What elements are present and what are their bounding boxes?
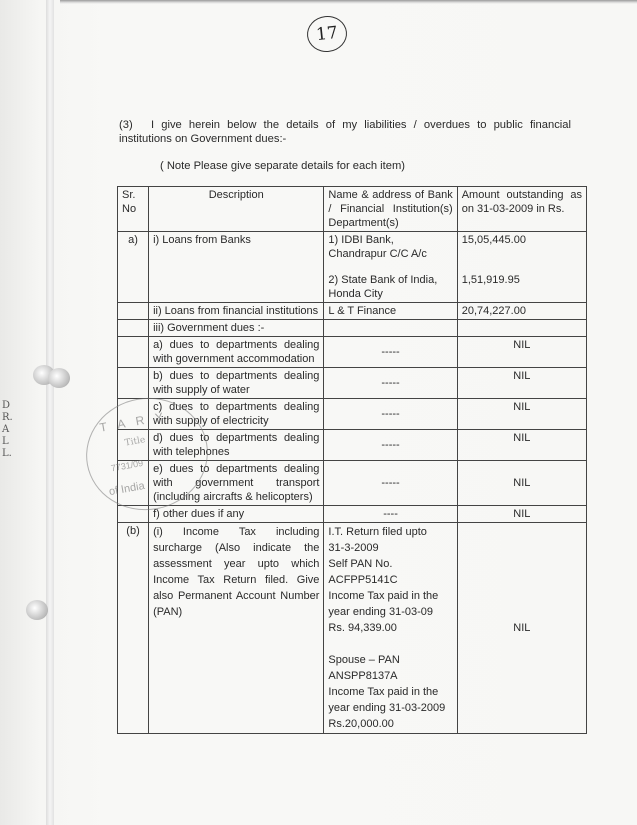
institution-cell: ----- (324, 337, 457, 368)
institution-cell: ----- (324, 368, 457, 399)
header-sr-no: Sr. No (118, 187, 149, 232)
institution-cell: 1) IDBI Bank, Chandrapur C/C A/c 2) Stat… (324, 232, 457, 303)
amount-cell: NIL (457, 523, 586, 734)
page-top-shadow (60, 0, 637, 4)
amount-cell: NIL (457, 461, 586, 506)
description-cell: ii) Loans from financial institutions (149, 303, 324, 320)
amount-cell: NIL (457, 506, 586, 523)
edge-stamp-fragment: DR.ALL. (2, 400, 24, 460)
punch-hole-icon (48, 368, 70, 388)
amount-cell: 20,74,227.00 (457, 303, 586, 320)
sr-cell: (b) (118, 523, 149, 734)
amount-cell: NIL (457, 430, 586, 461)
table-row: a) i) Loans from Banks 1) IDBI Bank, Cha… (118, 232, 587, 303)
table-row: b) dues to departments dealing with supp… (118, 368, 587, 399)
description-cell: a) dues to departments dealing with gove… (149, 337, 324, 368)
institution-cell: I.T. Return filed upto 31-3-2009 Self PA… (324, 523, 457, 734)
table-row: iii) Government dues :- (118, 320, 587, 337)
amount-cell: NIL (457, 368, 586, 399)
description-cell: b) dues to departments dealing with supp… (149, 368, 324, 399)
institution-cell: ---- (324, 506, 457, 523)
page-number: 17 (305, 14, 349, 54)
intro-text: I give herein below the details of my li… (119, 119, 571, 145)
sr-cell: a) (118, 232, 149, 303)
table-row: a) dues to departments dealing with gove… (118, 337, 587, 368)
document-page: DR.ALL. 17 (3)I give herein below the de… (0, 0, 637, 825)
header-amount: Amount outstanding as on 31-03-2009 in R… (457, 187, 586, 232)
description-cell: (i) Income Tax including surcharge (Also… (149, 523, 324, 734)
amount-entry: 1,51,919.95 (462, 273, 582, 287)
institution-cell: ----- (324, 461, 457, 506)
punch-hole-icon (26, 600, 48, 620)
institution-cell: ----- (324, 430, 457, 461)
table-row: (b) (i) Income Tax including surcharge (… (118, 523, 587, 734)
amount-cell: NIL (457, 337, 586, 368)
institution-entry: 2) State Bank of India, Honda City (328, 273, 452, 301)
header-description: Description (149, 187, 324, 232)
description-cell: f) other dues if any (149, 506, 324, 523)
institution-cell: ----- (324, 399, 457, 430)
header-institution: Name & address of Bank / Financial Insti… (324, 187, 457, 232)
table-row: f) other dues if any ---- NIL (118, 506, 587, 523)
intro-paragraph: (3)I give herein below the details of my… (119, 118, 571, 146)
description-cell: i) Loans from Banks (149, 232, 324, 303)
intro-note: ( Note Please give separate details for … (160, 160, 405, 172)
amount-cell: 15,05,445.00 1,51,919.95 (457, 232, 586, 303)
intro-number: (3) (119, 118, 151, 132)
page-fold (46, 0, 54, 825)
institution-entry: 1) IDBI Bank, Chandrapur C/C A/c (328, 233, 452, 261)
institution-cell: L & T Finance (324, 303, 457, 320)
table-header-row: Sr. No Description Name & address of Ban… (118, 187, 587, 232)
description-cell: iii) Government dues :- (149, 320, 324, 337)
amount-entry: 15,05,445.00 (462, 233, 582, 247)
amount-cell: NIL (457, 399, 586, 430)
table-row: ii) Loans from financial institutions L … (118, 303, 587, 320)
